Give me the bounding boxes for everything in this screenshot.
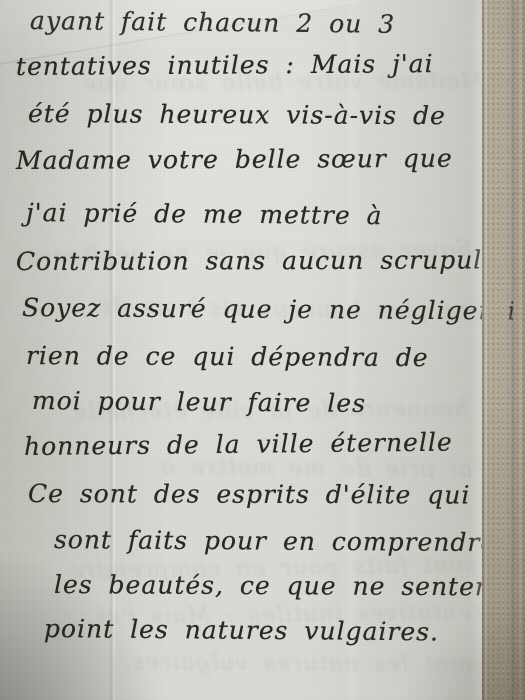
page-edge-highlight: [470, 0, 482, 700]
handwriting-line: tentatives inutiles : Mais j'ai: [16, 49, 434, 81]
handwriting-line: rien de ce qui dépendra de: [26, 341, 429, 372]
handwriting-line: ayant fait chacun 2 ou 3: [30, 6, 395, 39]
handwriting-line: moi pour leur faire les: [32, 386, 366, 418]
handwriting-layer: ayant fait chacun 2 ou 3 tentatives inut…: [0, 0, 525, 700]
handwriting-line: honneurs de la ville éternelle: [24, 428, 453, 461]
handwriting-line: Madame votre belle sœur que: [16, 144, 453, 175]
handwriting-line: les beautés, ce que ne sentent: [54, 570, 503, 601]
handwriting-line: Contribution sans aucun scrupule.: [16, 245, 507, 276]
handwriting-line: sont faits pour en comprendre: [54, 525, 496, 557]
handwriting-line: Soyez assuré que je ne négligerai: [22, 293, 516, 325]
page-edge-strip: [482, 0, 525, 700]
handwriting-line: été plus heureux vis-à-vis de: [28, 99, 446, 130]
handwriting-line: point les natures vulgaires.: [44, 614, 439, 646]
handwriting-line: j'ai prié de me mettre à: [26, 198, 383, 230]
handwriting-line: Ce sont des esprits d'élite qui: [28, 479, 470, 510]
letter-photo: Madame votre belle sœur que Soyez assuré…: [0, 0, 525, 700]
